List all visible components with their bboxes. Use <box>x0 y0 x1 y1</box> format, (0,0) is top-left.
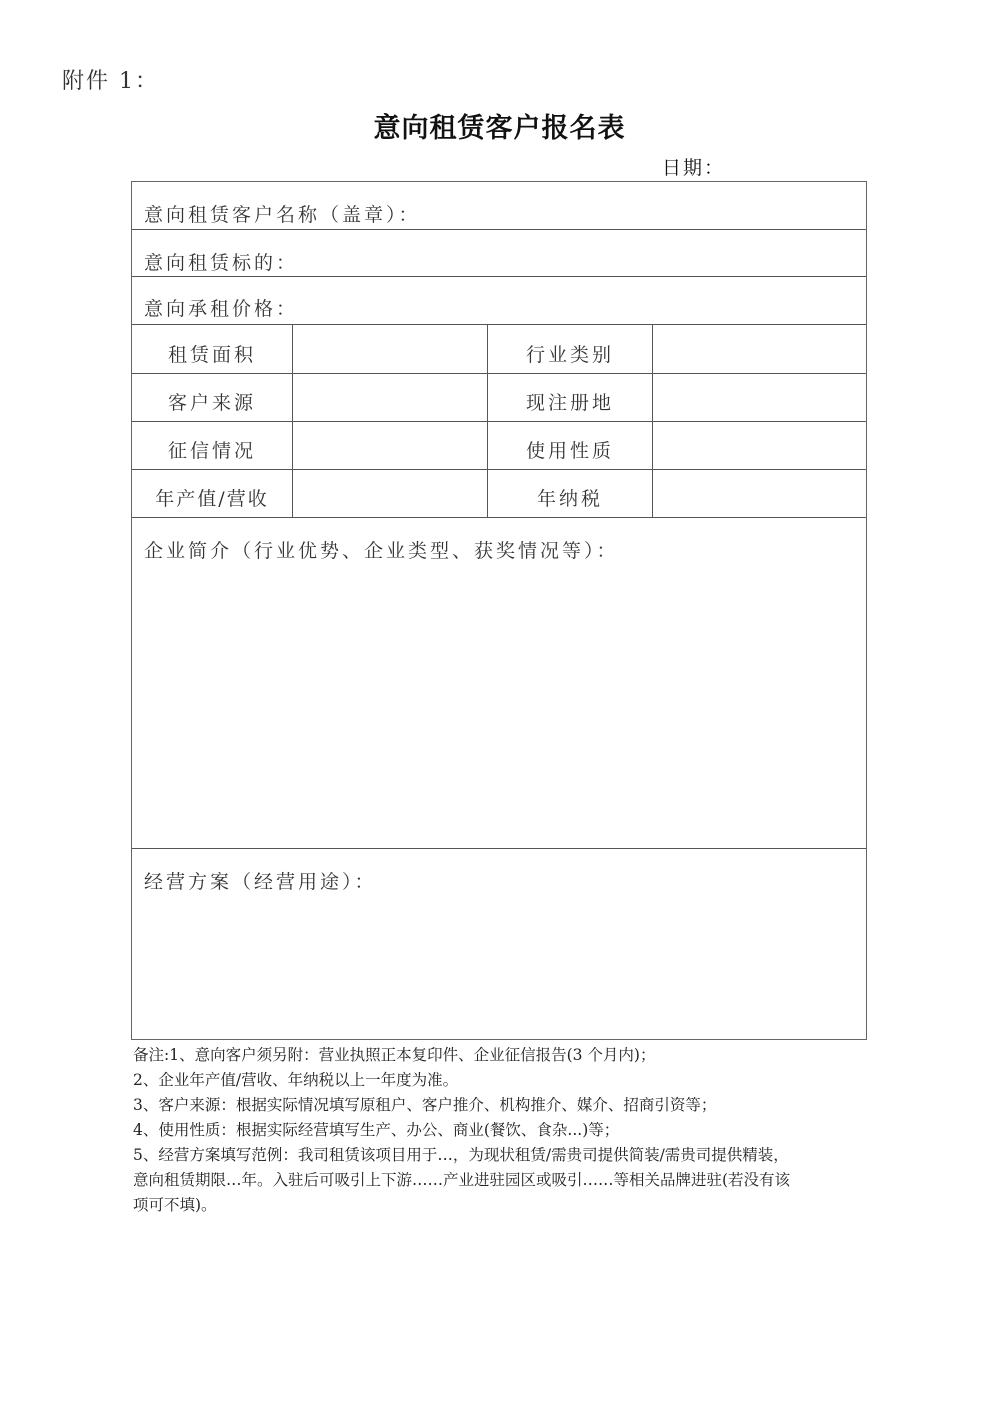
lease-price-row[interactable]: 意向承租价格： <box>132 277 866 325</box>
company-intro-section[interactable]: 企业简介（行业优势、企业类型、获奖情况等）： <box>132 518 866 849</box>
lease-target-label: 意向租赁标的： <box>144 248 298 275</box>
remark-line-1: 备注:1、意向客户须另附：营业执照正本复印件、企业征信报告(3 个月内)； <box>133 1043 893 1068</box>
annual-revenue-label: 年产值/营收 <box>132 470 293 517</box>
attachment-label: 附件 1： <box>62 64 159 95</box>
company-intro-label: 企业简介（行业优势、企业类型、获奖情况等）： <box>144 536 619 563</box>
grid-row-1: 租赁面积 行业类别 <box>132 325 866 374</box>
customer-name-label: 意向租赁客户名称（盖章）： <box>144 200 421 227</box>
registration-form-table: 意向租赁客户名称（盖章）： 意向租赁标的： 意向承租价格： 租赁面积 行业类别 … <box>131 181 867 1040</box>
lease-price-label: 意向承租价格： <box>144 294 298 321</box>
customer-name-row[interactable]: 意向租赁客户名称（盖章）： <box>132 182 866 230</box>
customer-source-input[interactable] <box>293 374 488 421</box>
usage-type-label: 使用性质 <box>488 422 653 469</box>
credit-status-label: 征信情况 <box>132 422 293 469</box>
lease-target-row[interactable]: 意向租赁标的： <box>132 230 866 277</box>
grid-row-3: 征信情况 使用性质 <box>132 422 866 470</box>
remark-line-2: 2、企业年产值/营收、年纳税以上一年度为准。 <box>133 1068 893 1093</box>
registered-location-label: 现注册地 <box>488 374 653 421</box>
remark-line-6: 意向租赁期限…年。入驻后可吸引上下游……产业进驻园区或吸引……等相关品牌进驻(若… <box>133 1168 893 1193</box>
industry-category-input[interactable] <box>653 325 866 373</box>
remark-line-4: 4、使用性质：根据实际经营填写生产、办公、商业(餐饮、食杂...)等； <box>133 1118 893 1143</box>
annual-tax-label: 年纳税 <box>488 470 653 517</box>
annual-revenue-input[interactable] <box>293 470 488 517</box>
annual-tax-input[interactable] <box>653 470 866 517</box>
usage-type-input[interactable] <box>653 422 866 469</box>
credit-status-input[interactable] <box>293 422 488 469</box>
grid-row-4: 年产值/营收 年纳税 <box>132 470 866 518</box>
grid-row-2: 客户来源 现注册地 <box>132 374 866 422</box>
business-plan-label: 经营方案（经营用途）： <box>144 867 377 894</box>
business-plan-section[interactable]: 经营方案（经营用途）： <box>132 849 866 1039</box>
remark-line-5: 5、经营方案填写范例：我司租赁该项目用于…，为现状租赁/需贵司提供简装/需贵司提… <box>133 1143 893 1168</box>
lease-area-label: 租赁面积 <box>132 325 293 373</box>
date-field-label: 日期： <box>662 153 725 180</box>
remark-line-7: 项可不填)。 <box>133 1193 893 1218</box>
remarks-section: 备注:1、意向客户须另附：营业执照正本复印件、企业征信报告(3 个月内)； 2、… <box>133 1043 893 1218</box>
page-title: 意向租赁客户报名表 <box>0 106 999 145</box>
remark-line-3: 3、客户来源：根据实际情况填写原租户、客户推介、机构推介、媒介、招商引资等； <box>133 1093 893 1118</box>
registered-location-input[interactable] <box>653 374 866 421</box>
lease-area-input[interactable] <box>293 325 488 373</box>
customer-source-label: 客户来源 <box>132 374 293 421</box>
industry-category-label: 行业类别 <box>488 325 653 373</box>
